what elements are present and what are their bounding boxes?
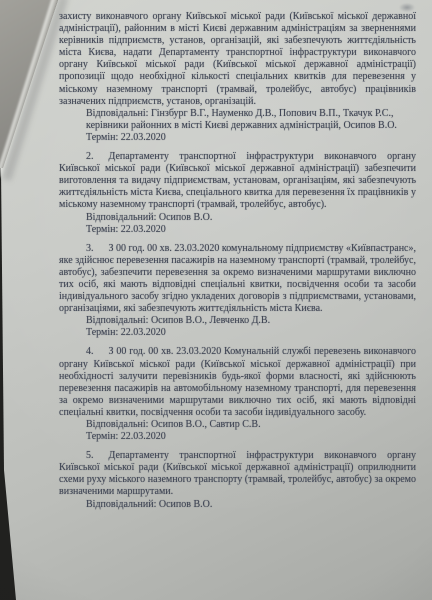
document-body: захисту виконавчого органу Київської міс…	[59, 11, 416, 511]
photo-frame: захисту виконавчого органу Київської міс…	[0, 0, 432, 600]
paragraph-group-2: 2.Департаменту транспортної інфраструкту…	[59, 151, 416, 236]
paragraph-text: З 00 год. 00 хв. 23.03.2020 комунальному…	[59, 243, 416, 314]
term-line: Термін: 22.03.2020	[59, 224, 416, 236]
paragraph-text: Департаменту транспортної інфраструктури…	[59, 151, 416, 210]
paragraph-number: 4.	[86, 346, 94, 357]
term-line: Термін: 22.03.2020	[59, 132, 416, 144]
paragraph-text: З 00 год. 00 хв. 23.03.2020 Комунальній …	[59, 346, 416, 417]
paragraph-group-4: 4.З 00 год. 00 хв. 23.03.2020 Комунальні…	[59, 346, 416, 443]
paragraph: 5.Департаменту транспортної інфраструкту…	[59, 450, 416, 498]
paragraph-number: 5.	[86, 450, 94, 461]
paragraph: 2.Департаменту транспортної інфраструкту…	[59, 151, 416, 211]
paragraph: 3.З 00 год. 00 хв. 23.03.2020 комунально…	[59, 243, 416, 316]
paragraph-group-intro: захисту виконавчого органу Київської міс…	[59, 11, 416, 144]
responsible-line: Відповідальний: Осипов В.О.	[59, 499, 416, 511]
paragraph: 4.З 00 год. 00 хв. 23.03.2020 Комунальні…	[59, 346, 416, 419]
paragraph-text: захисту виконавчого органу Київської міс…	[59, 11, 416, 107]
paragraph-text: Департаменту транспортної інфраструктури…	[59, 450, 416, 497]
paragraph: захисту виконавчого органу Київської міс…	[59, 11, 416, 108]
responsible-line: Відповідальні: Гінзбург В.Г., Науменко Д…	[59, 108, 416, 132]
paragraph-number: 2.	[86, 151, 94, 162]
paragraph-group-3: 3.З 00 год. 00 хв. 23.03.2020 комунально…	[59, 243, 416, 340]
term-line: Термін: 22.03.2020	[59, 327, 416, 339]
responsible-line: Відповідальні: Осипов В.О., Левченко Д.В…	[59, 315, 416, 327]
term-line: Термін: 22.03.2020	[59, 431, 416, 443]
responsible-line: Відповідальні: Осипов В.О., Савтир С.В.	[59, 419, 416, 431]
responsible-line: Відповідальний: Осипов В.О.	[59, 212, 416, 224]
paragraph-group-5: 5.Департаменту транспортної інфраструкту…	[59, 450, 416, 510]
paragraph-number: 3.	[86, 243, 94, 254]
